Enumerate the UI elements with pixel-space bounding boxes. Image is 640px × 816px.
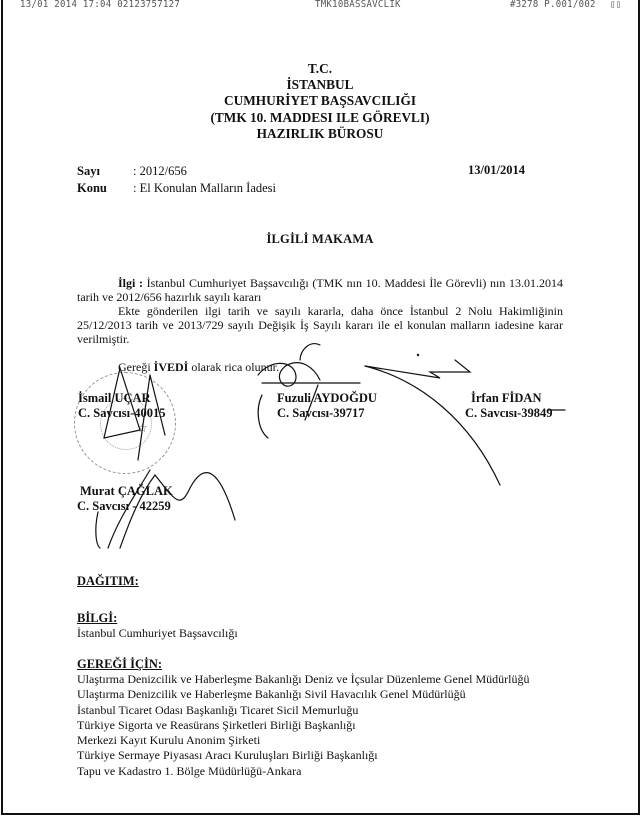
signatory-name: İrfan FİDAN bbox=[465, 391, 553, 406]
signatory-name: İsmail UÇAR bbox=[78, 391, 166, 406]
ilgi-text: İstanbul Cumhuriyet Başsavcılığı (TMK nı… bbox=[77, 276, 563, 304]
letterhead-line: İSTANBUL bbox=[0, 77, 640, 93]
decision-text: Ekte gönderilen ilgi tarih ve sayılı kar… bbox=[77, 304, 563, 346]
signatory-caglak: Murat ÇAĞLAK C. Savcısı - 42259 bbox=[80, 484, 173, 513]
bilgi-title: BİLGİ: bbox=[77, 611, 117, 626]
signatory-title: C. Savcısı-39849 bbox=[465, 406, 553, 421]
body-paragraph: Ekte gönderilen ilgi tarih ve sayılı kar… bbox=[77, 304, 563, 346]
konu-value: : El Konulan Malların İadesi bbox=[133, 181, 276, 195]
fax-sender-id: TMK10BASSAVCLIK bbox=[315, 0, 401, 11]
reference-number: Sayı: 2012/656 bbox=[77, 163, 187, 180]
fax-datetime-phone: 13/01 2014 17:04 02123757127 bbox=[20, 0, 180, 11]
fax-page-info: #3278 P.001/002 bbox=[510, 0, 596, 11]
distribution-title: DAĞITIM: bbox=[77, 574, 139, 589]
list-item: Tapu ve Kadastro 1. Bölge Müdürlüğü-Anka… bbox=[77, 764, 530, 779]
list-item: Ulaştırma Denizcilik ve Haberleşme Bakan… bbox=[77, 687, 530, 702]
sayi-value: : 2012/656 bbox=[133, 164, 187, 178]
signatory-name: Murat ÇAĞLAK bbox=[80, 484, 173, 499]
list-item: Türkiye Sigorta ve Reasürans Şirketleri … bbox=[77, 718, 530, 733]
list-item: Ulaştırma Denizcilik ve Haberleşme Bakan… bbox=[77, 672, 530, 687]
closing-post: olarak rica olunur. bbox=[188, 360, 279, 374]
signatory-title: C. Savcısı-40015 bbox=[78, 406, 166, 421]
letterhead-line: HAZIRLIK BÜROSU bbox=[0, 126, 640, 142]
letterhead-line: CUMHURİYET BAŞSAVCILIĞI bbox=[0, 93, 640, 109]
list-item: İstanbul Cumhuriyet Başsavcılığı bbox=[77, 626, 238, 641]
closing-bold: İVEDİ bbox=[154, 360, 189, 374]
list-item: Türkiye Sermaye Piyasası Aracı Kuruluşla… bbox=[77, 748, 530, 763]
sayi-label: Sayı bbox=[77, 163, 133, 180]
fax-header: 13/01 2014 17:04 02123757127 TMK10BASSAV… bbox=[0, 0, 640, 12]
bilgi-list: İstanbul Cumhuriyet Başsavcılığı bbox=[77, 626, 238, 641]
signatory-title: C. Savcısı - 42259 bbox=[77, 499, 173, 514]
signatory-aydogdu: Fuzuli AYDOĞDU C. Savcısı-39717 bbox=[277, 391, 377, 420]
star-icon: ☆ bbox=[137, 421, 148, 436]
document-date: 13/01/2014 bbox=[468, 163, 525, 178]
signatory-title: C. Savcısı-39717 bbox=[277, 406, 377, 421]
geregi-title: GEREĞİ İÇİN: bbox=[77, 657, 162, 672]
official-seal: ☆ bbox=[74, 372, 176, 474]
addressee: İLGİLİ MAKAMA bbox=[0, 232, 640, 247]
ilgi-label: İlgi : bbox=[118, 276, 143, 290]
list-item: Merkezi Kayıt Kurulu Anonim Şirketi bbox=[77, 733, 530, 748]
closing-line: Gereği İVEDİ olarak rica olunur. bbox=[77, 360, 563, 374]
ilgi-paragraph: İlgi : İstanbul Cumhuriyet Başsavcılığı … bbox=[77, 276, 563, 304]
signatory-fidan: İrfan FİDAN C. Savcısı-39849 bbox=[465, 391, 553, 420]
subject: Konu: El Konulan Malların İadesi bbox=[77, 180, 276, 197]
fax-mark: ▯▯ bbox=[610, 0, 621, 11]
signatory-ucar: İsmail UÇAR C. Savcısı-40015 bbox=[78, 391, 166, 420]
list-item: İstanbul Ticaret Odası Başkanlığı Ticare… bbox=[77, 703, 530, 718]
letterhead-line: (TMK 10. MADDESI ILE GÖREVLI) bbox=[0, 110, 640, 126]
signatory-name: Fuzuli AYDOĞDU bbox=[277, 391, 377, 406]
letterhead: T.C. İSTANBUL CUMHURİYET BAŞSAVCILIĞI (T… bbox=[0, 61, 640, 142]
geregi-list: Ulaştırma Denizcilik ve Haberleşme Bakan… bbox=[77, 672, 530, 779]
konu-label: Konu bbox=[77, 180, 133, 197]
letterhead-line: T.C. bbox=[0, 61, 640, 77]
